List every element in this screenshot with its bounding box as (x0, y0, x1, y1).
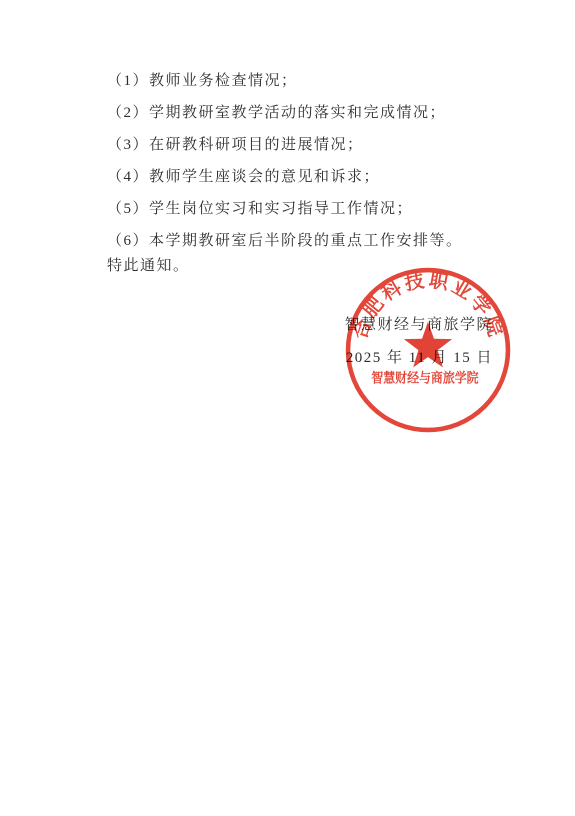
notice-item-1: （1）教师业务检查情况； (107, 65, 463, 97)
red-star-icon (404, 322, 452, 368)
notice-item-2: （2）学期教研室教学活动的落实和完成情况； (107, 97, 463, 129)
notice-document-page: （1）教师业务检查情况； （2）学期教研室教学活动的落实和完成情况； （3）在研… (0, 0, 575, 816)
official-seal-stamp: 合肥科技职业学院 智慧财经与商旅学院 (344, 266, 512, 434)
notice-body: （1）教师业务检查情况； （2）学期教研室教学活动的落实和完成情况； （3）在研… (107, 65, 463, 282)
notice-item-4: （4）教师学生座谈会的意见和诉求； (107, 161, 463, 193)
notice-item-5: （5）学生岗位实习和实习指导工作情况； (107, 193, 463, 225)
notice-item-3: （3）在研教科研项目的进展情况； (107, 129, 463, 161)
stamp-bottom-text: 智慧财经与商旅学院 (371, 369, 479, 385)
